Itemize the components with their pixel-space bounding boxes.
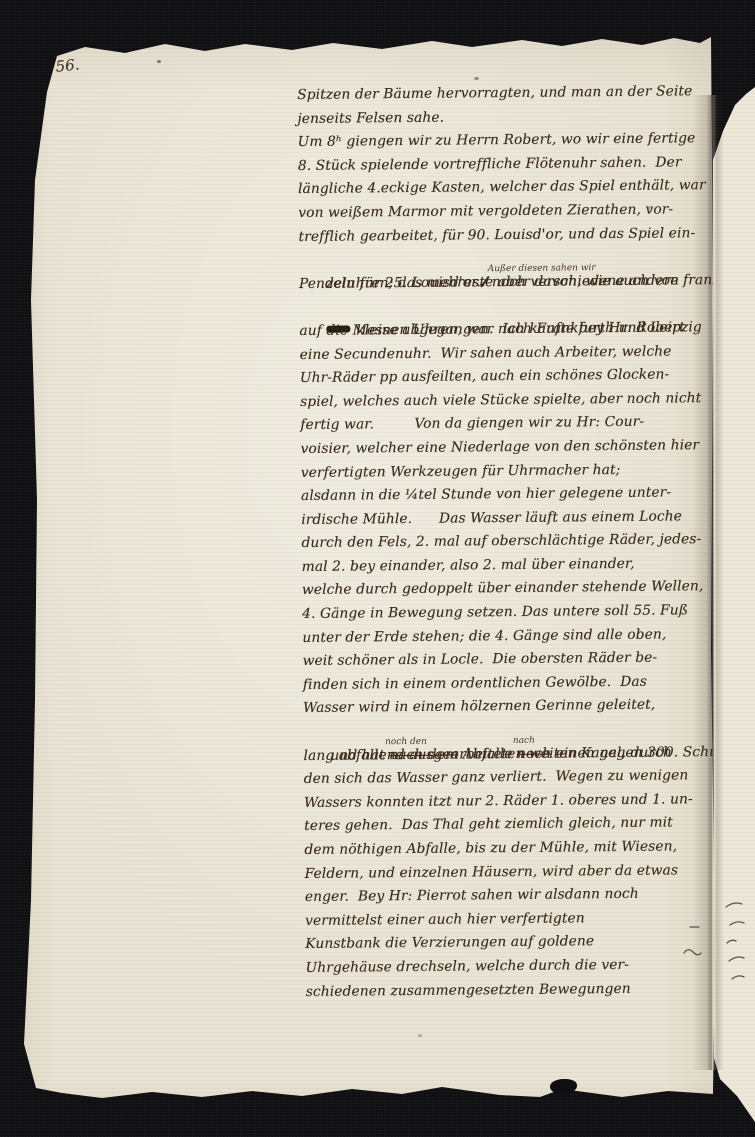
foxing-stain	[157, 60, 161, 63]
foxing-stain	[474, 77, 479, 80]
handwritten-text-block: Spitzen der Bäume hervorragten, und man …	[297, 80, 724, 1004]
page-number: 756.	[45, 55, 80, 76]
page-edge-notch	[550, 1079, 577, 1094]
manuscript-line: schiedenen zusammengesetzten Bewegungen	[306, 977, 724, 1005]
foxing-stain	[418, 1034, 422, 1037]
manuscript-page: 756. Spitzen der Bäume hervorragten, und…	[0, 0, 755, 1137]
handwriting-fragment-marks	[682, 895, 755, 1015]
